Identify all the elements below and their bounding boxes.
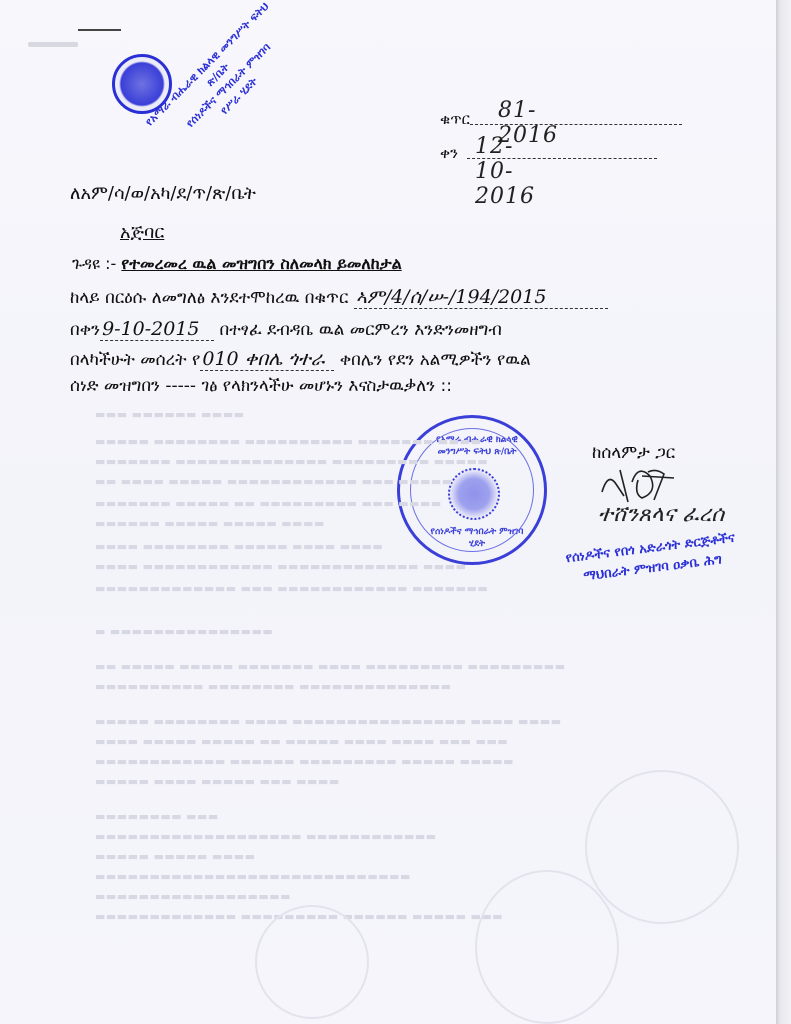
body-text: በተፃፈ ደብዳቤ ዉል መርምረን እንድንመዘግብ [219,320,501,340]
body-line-4: ሰነድ መዝግበን ----- ገፅ የላክንላችሁ መሆኑን እናስታዉቃለን… [70,376,452,396]
reference-date-label: ቀን [440,144,458,162]
reference-date-value: 12-10-2016 [475,134,535,209]
handwritten-date: 9-10-2015 [100,318,214,341]
subject-line: ጉዳዩ :- የተመረመረ ዉል መዝግበን ስለመላክ ይመለከታል [72,254,402,274]
round-stamp-bottom-text: የሰነዶችና ማኅበራት ምዝገባ ሂደት [422,526,532,550]
reference-number-label: ቁጥር [440,110,470,128]
handwritten-kebele: 010 ቀበሌ ጎተራ [200,348,334,371]
subject-text: የተመረመረ ዉል መዝግበን ስለመላክ ይመለከታል [121,254,401,273]
body-line-3: በላካችሁት መሰረት የ010 ቀበሌ ጎተራ ቀበሌን የደን አልሚዎችን… [70,348,531,371]
recipient-location: አጅባር [120,222,164,243]
scanner-edge [776,0,791,1024]
body-line-2: በቀን9-10-2015 በተፃፈ ደብዳቤ ዉል መርምረን እንድንመዘግብ [70,318,502,341]
body-text: በላካችሁት መሰረት የ [70,350,200,370]
recipient: ለአም/ሳ/ወ/አካ/ደ/ጥ/ጽ/ቤት [70,183,256,204]
body-text: ቀበሌን የደን አልሚዎችን የዉል [340,350,531,370]
emblem-icon [448,468,500,520]
scan-mark [28,42,78,47]
document-page: የአማራ ብሔራዊ ክልላዊ መንግሥት ፍትህ ጽ/ቤት የሰነዶችና ማኅበ… [0,0,776,1024]
body-text: ከላይ በርዕሱ ለመግለፅ እንደተሞከረዉ በቁጥር [70,288,348,308]
subject-label: ጉዳዩ :- [72,254,116,273]
body-text: በቀን [70,320,100,340]
office-title-stamp: የሰነዶችና የበጎ አድራጎት ድርጅቶችና ማህበራት ምዝገባ ዐቃቤ ሕ… [535,525,768,593]
closing-greeting: ከሰላምታ ጋር [592,443,675,463]
body-line-1: ከላይ በርዕሱ ለመግለፅ እንደተሞከረዉ በቁጥር ኣም/4/ሰ/ሠ-/1… [70,286,608,309]
letterhead-stamp: የአማራ ብሔራዊ ክልላዊ መንግሥት ፍትህ ጽ/ቤት የሰነዶችና ማኅበ… [108,10,268,170]
signer-name: ተሸንጸላና ፈረሰ [598,502,724,527]
handwritten-reference: ኣም/4/ሰ/ሠ-/194/2015 [354,286,608,309]
